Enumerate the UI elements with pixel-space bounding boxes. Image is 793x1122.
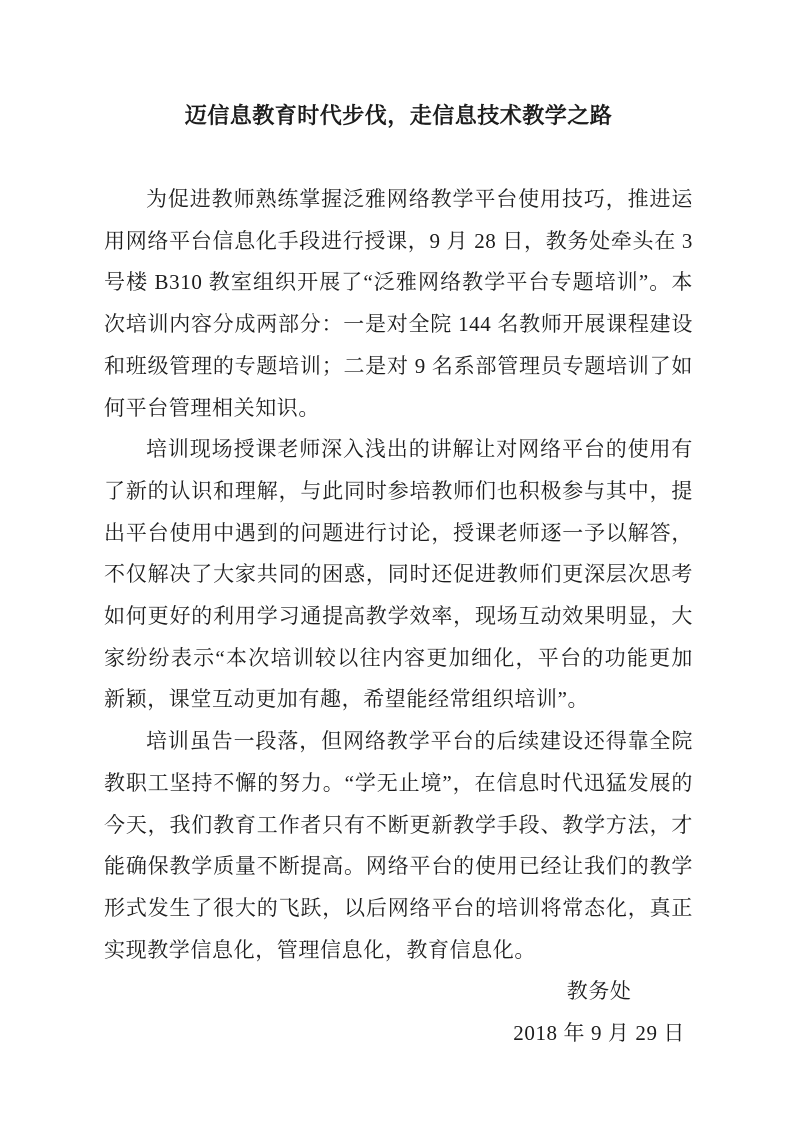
document-page: 迈信息教育时代步伐，走信息技术教学之路 为促进教师熟练掌握泛雅网络教学平台使用技… <box>0 0 793 1122</box>
document-title: 迈信息教育时代步伐，走信息技术教学之路 <box>104 95 693 137</box>
body-paragraph-3: 培训虽告一段落，但网络教学平台的后续建设还得靠全院教职工坚持不懈的努力。“学无止… <box>104 721 693 971</box>
body-paragraph-1: 为促进教师熟练掌握泛雅网络教学平台使用技巧，推进运用网络平台信息化手段进行授课，… <box>104 179 693 429</box>
signature-date: 2018 年 9 月 29 日 <box>513 1013 685 1055</box>
body-paragraph-2: 培训现场授课老师深入浅出的讲解让对网络平台的使用有了新的认识和理解，与此同时参培… <box>104 429 693 721</box>
document-body: 为促进教师熟练掌握泛雅网络教学平台使用技巧，推进运用网络平台信息化手段进行授课，… <box>104 179 693 971</box>
signature-block: 教务处 2018 年 9 月 29 日 <box>513 971 685 1054</box>
signature-department: 教务处 <box>513 971 685 1013</box>
